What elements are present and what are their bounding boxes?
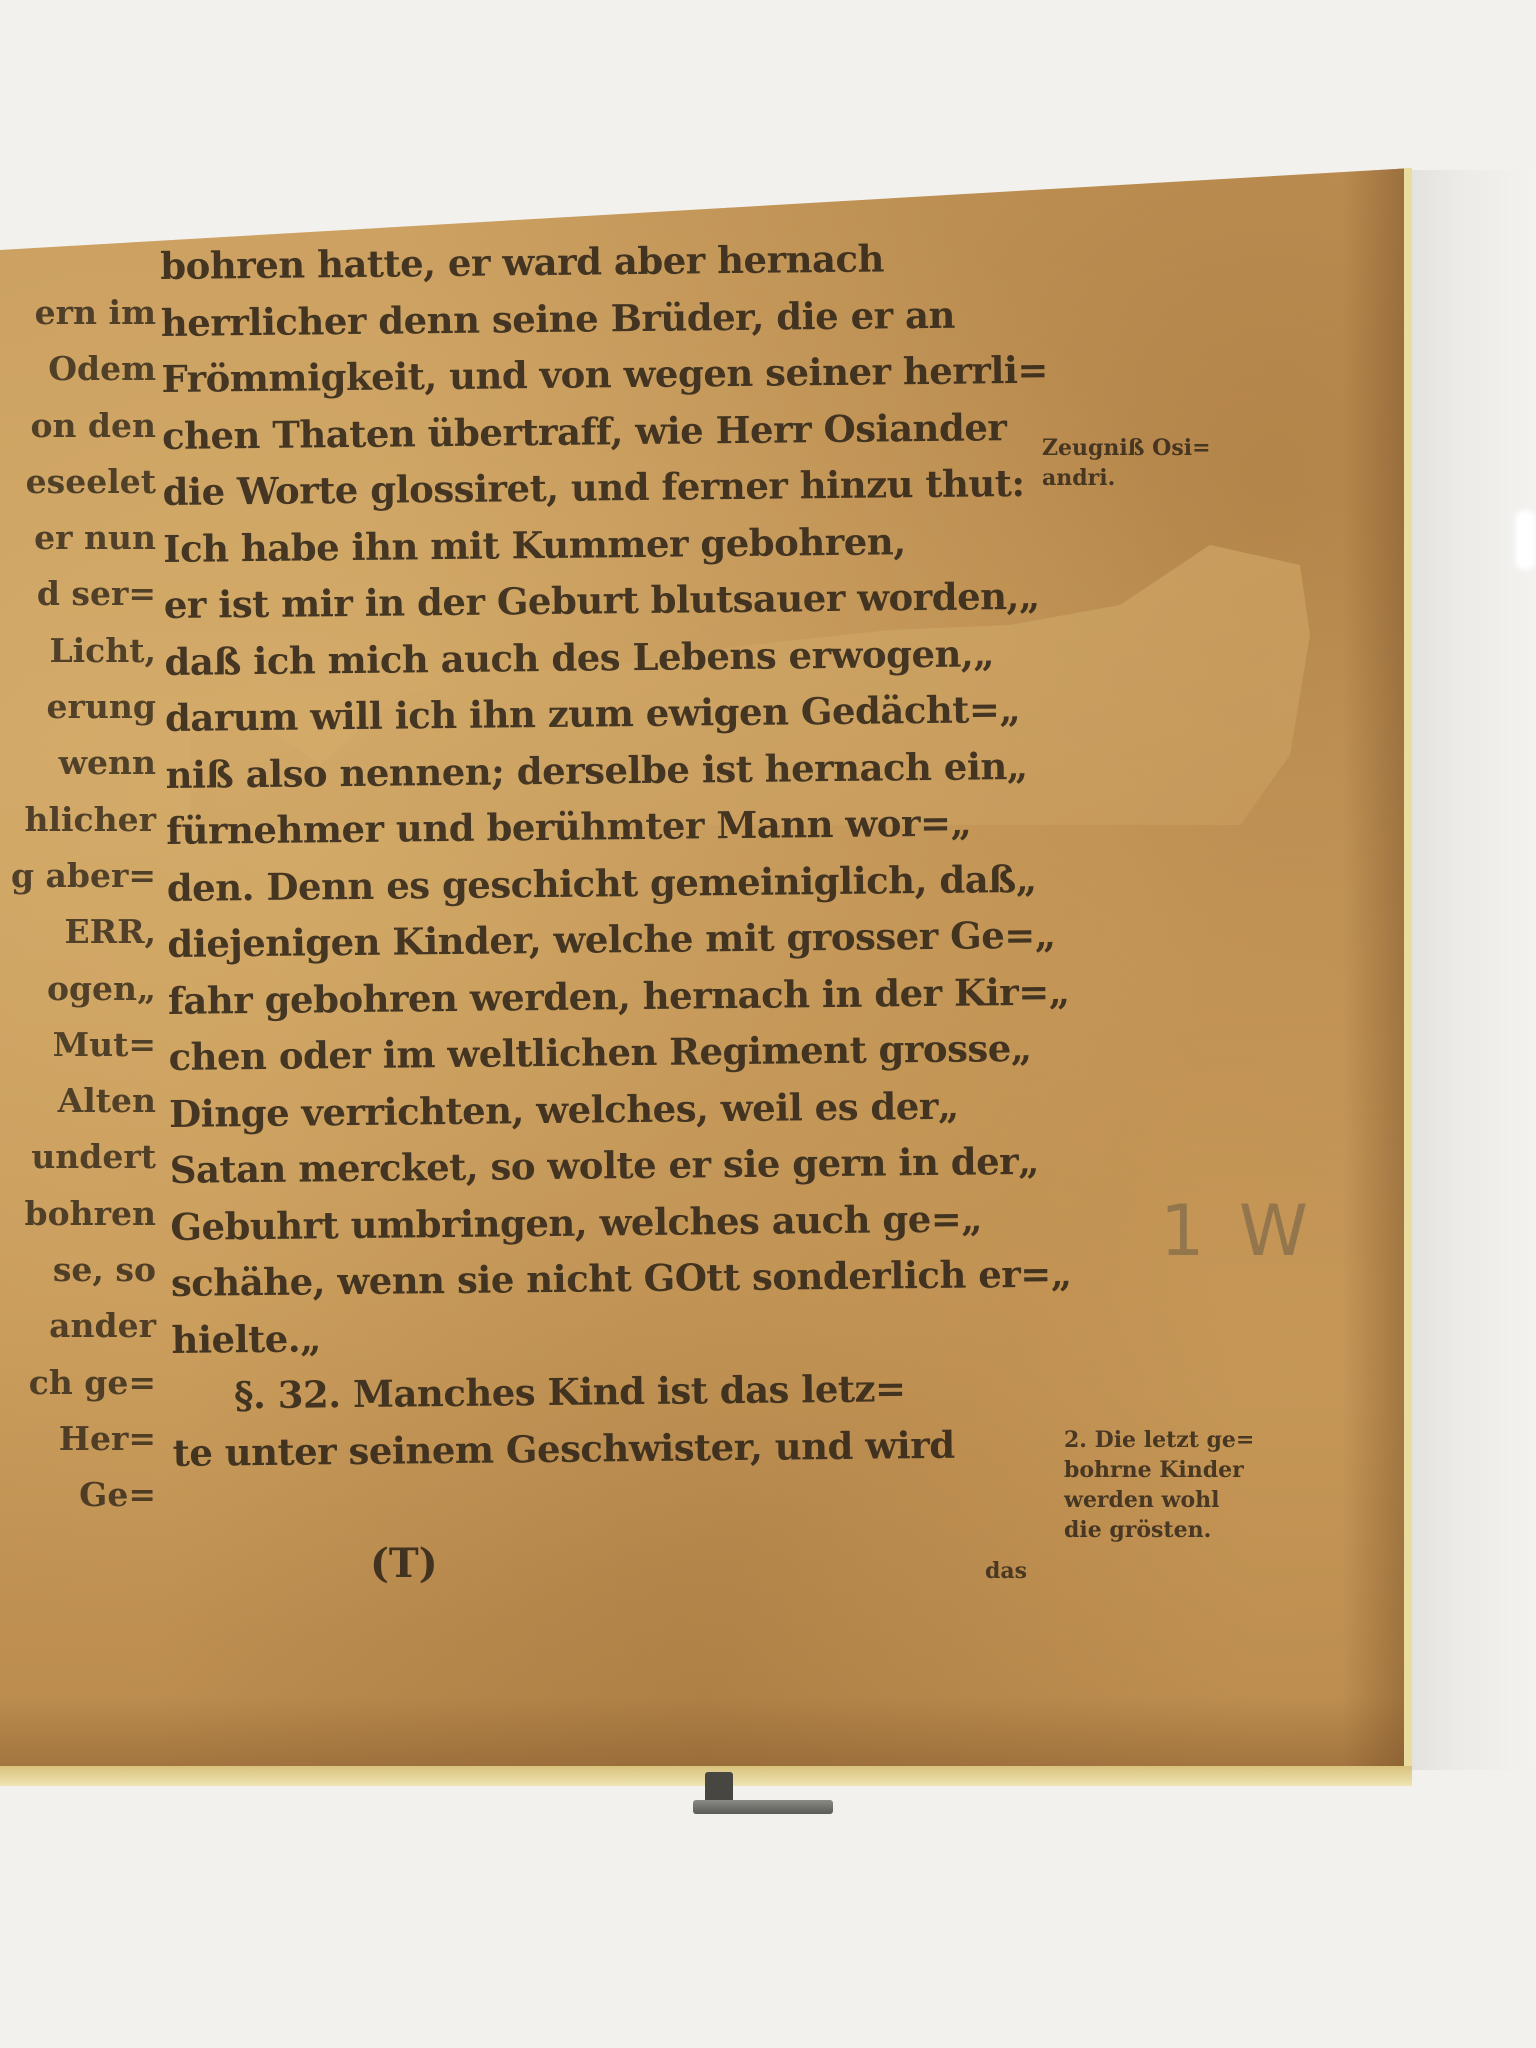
panel-right-edge — [1404, 168, 1412, 1786]
margin-note-line: die grösten. — [1064, 1515, 1254, 1545]
left-fragment: ch ge= — [6, 1355, 156, 1411]
margin-note-line: werden wohl — [1064, 1485, 1254, 1515]
left-fragment: Licht, — [6, 623, 156, 679]
printed-text-block: bohren hatte, er ward aber hernach herrl… — [160, 229, 1073, 1481]
text-line: chen oder im weltlichen Regiment grosse„ — [168, 1020, 1069, 1086]
left-fragment: undert — [6, 1129, 156, 1185]
text-line: die Worte glossiret, und ferner hinzu th… — [162, 455, 1063, 521]
left-fragment: Ge= — [6, 1467, 156, 1523]
left-fragment: bohren — [6, 1186, 156, 1242]
left-fragment: Her= — [6, 1411, 156, 1467]
left-fragment: g aber= — [6, 848, 156, 904]
text-line: chen Thaten übertraff, wie Herr Osiander — [162, 398, 1063, 464]
margin-note-line: Zeugniß Osi= — [1042, 433, 1211, 463]
text-line: Satan mercket, so wolte er sie gern in d… — [169, 1133, 1070, 1199]
text-line: schähe, wenn sie nicht GOtt sonderlich e… — [171, 1246, 1072, 1312]
text-line: herrlicher denn seine Brüder, die er an — [161, 285, 1062, 351]
left-fragment: se, so — [6, 1242, 156, 1298]
left-fragment: ogen„ — [6, 961, 156, 1017]
left-fragment: wenn — [6, 735, 156, 791]
margin-note-last-born: 2. Die letzt ge= bohrne Kinder werden wo… — [1064, 1425, 1254, 1545]
text-line: Ich habe ihn mit Kummer gebohren, — [163, 511, 1064, 577]
left-fragment: on den — [6, 398, 156, 454]
catchword: das — [985, 1558, 1027, 1584]
text-line: fürnehmer und berühmter Mann wor=„ — [166, 794, 1067, 860]
left-fragment: eseelet — [6, 454, 156, 510]
left-fragment: hlicher — [6, 792, 156, 848]
panel-edge-shade — [1342, 168, 1412, 1786]
text-line: diejenigen Kinder, welche mit grosser Ge… — [167, 907, 1068, 973]
text-line: er ist mir in der Geburt blutsauer worde… — [164, 568, 1065, 634]
left-fragment: Alten — [6, 1073, 156, 1129]
signature-mark: (T) — [370, 1540, 438, 1587]
text-line: Frömmigkeit, und von wegen seiner herrli… — [161, 342, 1062, 408]
text-line: te unter seinem Geschwister, und wird — [172, 1415, 1073, 1481]
margin-note-osiander: Zeugniß Osi= andri. — [1042, 433, 1211, 493]
margin-note-line: 2. Die letzt ge= — [1064, 1425, 1254, 1455]
text-line: hielte.„ — [171, 1302, 1072, 1368]
left-column-fragments: ern im Odem on den eseelet er nun d ser=… — [6, 285, 156, 1524]
left-fragment: ern im — [6, 285, 156, 341]
text-line: fahr gebohren werden, hernach in der Kir… — [168, 963, 1069, 1029]
left-fragment: d ser= — [6, 566, 156, 622]
left-fragment: erung — [6, 679, 156, 735]
left-fragment: Odem — [6, 341, 156, 397]
text-line: Dinge verrichten, welches, weil es der„ — [169, 1076, 1070, 1142]
metal-hanger-clip — [693, 1800, 833, 1814]
left-fragment: Mut= — [6, 1017, 156, 1073]
text-line: Gebuhrt umbringen, welches auch ge=„ — [170, 1189, 1071, 1255]
text-line: darum will ich ihn zum ewigen Gedächt=„ — [165, 681, 1066, 747]
left-fragment: er nun — [6, 510, 156, 566]
text-line: den. Denn es geschicht gemeiniglich, daß… — [167, 850, 1068, 916]
margin-note-line: bohrne Kinder — [1064, 1455, 1254, 1485]
margin-note-line: andri. — [1042, 463, 1211, 493]
wall-background — [1410, 170, 1536, 1770]
text-line-section-32: §. 32. Manches Kind ist das letz= — [172, 1359, 1073, 1425]
light-reflection — [1515, 510, 1536, 570]
text-line: niß also nennen; derselbe ist hernach ei… — [165, 737, 1066, 803]
pencil-inscription: 1 W — [1160, 1190, 1314, 1272]
left-fragment: ander — [6, 1298, 156, 1354]
text-line: bohren hatte, er ward aber hernach — [160, 229, 1061, 295]
text-line: daß ich mich auch des Lebens erwogen,„ — [164, 624, 1065, 690]
left-fragment: ERR, — [6, 904, 156, 960]
